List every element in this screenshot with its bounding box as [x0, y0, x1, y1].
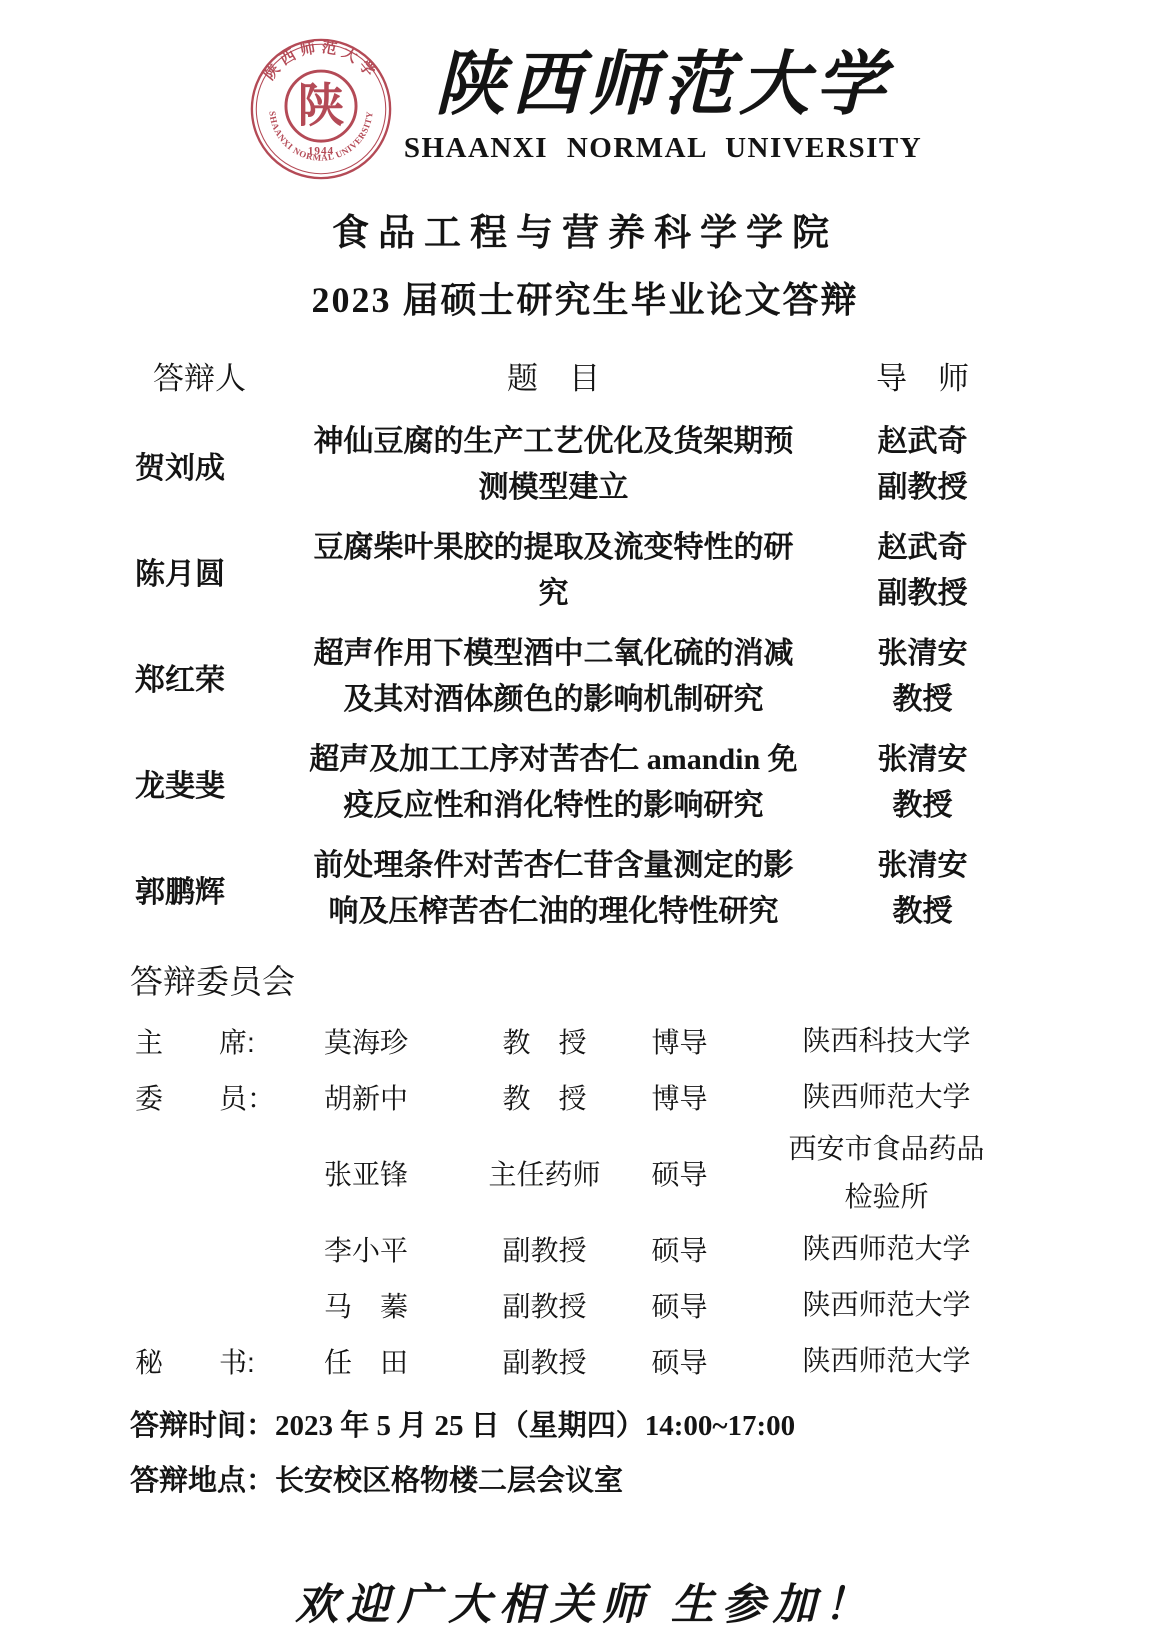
university-wordmark: 陕西师范大学 SHAANXI NORMAL UNIVERSITY [404, 36, 922, 164]
member-supervisor-type: 硕导 [621, 1277, 738, 1333]
member-name: 张亚锋 [324, 1125, 468, 1221]
table-row: 马 蓁 副教授 硕导 陕西师范大学 [135, 1277, 1035, 1333]
topic-line-1: 超声作用下模型酒中二氧化硫的消减 [297, 631, 810, 677]
member-name: 胡新中 [324, 1069, 468, 1125]
column-header-advisor: 导 师 [810, 345, 1035, 412]
university-name-cn: 陕西师范大学 [435, 40, 891, 132]
member-name: 马 蓁 [324, 1277, 468, 1333]
topic-line-1: 前处理条件对苦杏仁苷含量测定的影 [297, 843, 810, 889]
topic-line-1: 超声及加工工序对苦杏仁 amandin 免 [297, 737, 810, 783]
college-name: 食品工程与营养科学学院 [0, 202, 1170, 256]
advisor-title: 副教授 [810, 571, 1035, 617]
advisor-title: 教授 [810, 889, 1035, 935]
table-row: 张亚锋 主任药师 硕导 西安市食品药品 检验所 [135, 1125, 1035, 1221]
candidate-name: 郭鹏辉 [135, 836, 297, 942]
member-institution: 西安市食品药品 检验所 [738, 1125, 1035, 1221]
university-seal-icon: 陕西师范大学 SHAANXI NORMAL UNIVERSITY 陕 1944 [248, 36, 394, 182]
advisor-name: 赵武奇 [810, 525, 1035, 571]
member-supervisor-type: 博导 [621, 1013, 738, 1069]
institution-line-1: 西安市食品药品 [738, 1125, 1035, 1173]
member-institution: 陕西师范大学 [738, 1069, 1035, 1125]
thesis-topic: 超声作用下模型酒中二氧化硫的消减 及其对酒体颜色的影响机制研究 [297, 624, 810, 730]
institution-line-2: 检验所 [738, 1173, 1035, 1221]
defense-time-value: 2023 年 5 月 25 日（星期四）14:00~17:00 [275, 1410, 795, 1442]
institution-line-1: 陕西师范大学 [738, 1225, 1035, 1273]
institution-line-1: 陕西师范大学 [738, 1337, 1035, 1385]
member-title: 教 授 [468, 1069, 621, 1125]
candidate-name: 龙斐斐 [135, 730, 297, 836]
column-header-candidate: 答辩人 [135, 345, 297, 412]
topic-line-1: 神仙豆腐的生产工艺优化及货架期预 [297, 419, 810, 465]
member-role [135, 1277, 324, 1333]
member-title: 副教授 [468, 1221, 621, 1277]
event-title: 2023 届硕士研究生毕业论文答辩 [0, 272, 1170, 323]
advisor-title: 教授 [810, 677, 1035, 723]
advisor-name: 张清安 [810, 631, 1035, 677]
advisor: 赵武奇 副教授 [810, 412, 1035, 518]
table-row: 贺刘成 神仙豆腐的生产工艺优化及货架期预 测模型建立 赵武奇 副教授 [135, 412, 1035, 518]
member-institution: 陕西科技大学 [738, 1013, 1035, 1069]
table-row: 李小平 副教授 硕导 陕西师范大学 [135, 1221, 1035, 1277]
topic-line-1: 豆腐柴叶果胶的提取及流变特性的研 [297, 525, 810, 571]
seal-year: 1944 [308, 146, 334, 158]
committee-table: 主 席: 莫海珍 教 授 博导 陕西科技大学 委 员： 胡新中 教 授 博导 陕… [135, 1013, 1035, 1389]
member-role [135, 1221, 324, 1277]
institution-line-1: 陕西师范大学 [738, 1281, 1035, 1329]
thesis-topic: 前处理条件对苦杏仁苷含量测定的影 响及压榨苦杏仁油的理化特性研究 [297, 836, 810, 942]
university-name-en: SHAANXI NORMAL UNIVERSITY [404, 132, 922, 164]
member-title: 主任药师 [468, 1125, 621, 1221]
member-name: 任 田 [324, 1333, 468, 1389]
member-institution: 陕西师范大学 [738, 1221, 1035, 1277]
committee-heading: 答辩委员会 [130, 956, 1170, 1003]
thesis-topic: 超声及加工工序对苦杏仁 amandin 免 疫反应性和消化特性的影响研究 [297, 730, 810, 836]
member-title: 副教授 [468, 1333, 621, 1389]
candidate-name: 郑红荣 [135, 624, 297, 730]
member-supervisor-type: 博导 [621, 1069, 738, 1125]
member-name: 莫海珍 [324, 1013, 468, 1069]
defense-location-value: 长安校区格物楼二层会议室 [275, 1465, 623, 1497]
member-role [135, 1125, 324, 1221]
member-institution: 陕西师范大学 [738, 1277, 1035, 1333]
brand-header: 陕西师范大学 SHAANXI NORMAL UNIVERSITY 陕 1944 … [0, 36, 1170, 186]
member-supervisor-type: 硕导 [621, 1333, 738, 1389]
thesis-topic: 神仙豆腐的生产工艺优化及货架期预 测模型建立 [297, 412, 810, 518]
institution-line-1: 陕西师范大学 [738, 1073, 1035, 1121]
defense-time-label: 答辩时间： [130, 1410, 275, 1442]
welcome-message: 欢迎广大相关师 生参加！ [0, 1571, 1170, 1632]
advisor: 赵武奇 副教授 [810, 518, 1035, 624]
topic-line-2: 响及压榨苦杏仁油的理化特性研究 [297, 889, 810, 935]
table-row: 委 员： 胡新中 教 授 博导 陕西师范大学 [135, 1069, 1035, 1125]
member-title: 副教授 [468, 1277, 621, 1333]
defense-time-line: 答辩时间：2023 年 5 月 25 日（星期四）14:00~17:00 [130, 1403, 1170, 1444]
table-row: 龙斐斐 超声及加工工序对苦杏仁 amandin 免 疫反应性和消化特性的影响研究… [135, 730, 1035, 836]
topic-line-2: 测模型建立 [297, 465, 810, 511]
table-row: 陈月圆 豆腐柴叶果胶的提取及流变特性的研 究 赵武奇 副教授 [135, 518, 1035, 624]
thesis-topic: 豆腐柴叶果胶的提取及流变特性的研 究 [297, 518, 810, 624]
advisor-name: 张清安 [810, 737, 1035, 783]
member-supervisor-type: 硕导 [621, 1125, 738, 1221]
member-role: 委 员： [135, 1069, 324, 1125]
institution-line-1: 陕西科技大学 [738, 1017, 1035, 1065]
advisor: 张清安 教授 [810, 730, 1035, 836]
member-institution: 陕西师范大学 [738, 1333, 1035, 1389]
member-title: 教 授 [468, 1013, 621, 1069]
table-row: 秘 书: 任 田 副教授 硕导 陕西师范大学 [135, 1333, 1035, 1389]
candidate-name: 贺刘成 [135, 412, 297, 518]
topic-line-2: 疫反应性和消化特性的影响研究 [297, 783, 810, 829]
candidate-name: 陈月圆 [135, 518, 297, 624]
defense-location-line: 答辩地点：长安校区格物楼二层会议室 [130, 1458, 1170, 1499]
roster-header-row: 答辩人 题 目 导 师 [135, 345, 1035, 412]
advisor-title: 教授 [810, 783, 1035, 829]
topic-line-2: 究 [297, 571, 810, 617]
advisor-title: 副教授 [810, 465, 1035, 511]
member-role: 秘 书: [135, 1333, 324, 1389]
member-supervisor-type: 硕导 [621, 1221, 738, 1277]
advisor: 张清安 教授 [810, 836, 1035, 942]
column-header-topic: 题 目 [297, 345, 810, 412]
advisor-name: 赵武奇 [810, 419, 1035, 465]
defense-location-label: 答辩地点： [130, 1465, 275, 1497]
defense-roster-table: 答辩人 题 目 导 师 贺刘成 神仙豆腐的生产工艺优化及货架期预 测模型建立 赵… [135, 345, 1035, 942]
table-row: 郭鹏辉 前处理条件对苦杏仁苷含量测定的影 响及压榨苦杏仁油的理化特性研究 张清安… [135, 836, 1035, 942]
table-row: 郑红荣 超声作用下模型酒中二氧化硫的消减 及其对酒体颜色的影响机制研究 张清安 … [135, 624, 1035, 730]
advisor-name: 张清安 [810, 843, 1035, 889]
table-row: 主 席: 莫海珍 教 授 博导 陕西科技大学 [135, 1013, 1035, 1069]
topic-line-2: 及其对酒体颜色的影响机制研究 [297, 677, 810, 723]
advisor: 张清安 教授 [810, 624, 1035, 730]
member-name: 李小平 [324, 1221, 468, 1277]
member-role: 主 席: [135, 1013, 324, 1069]
seal-center-character: 陕 [297, 81, 344, 133]
